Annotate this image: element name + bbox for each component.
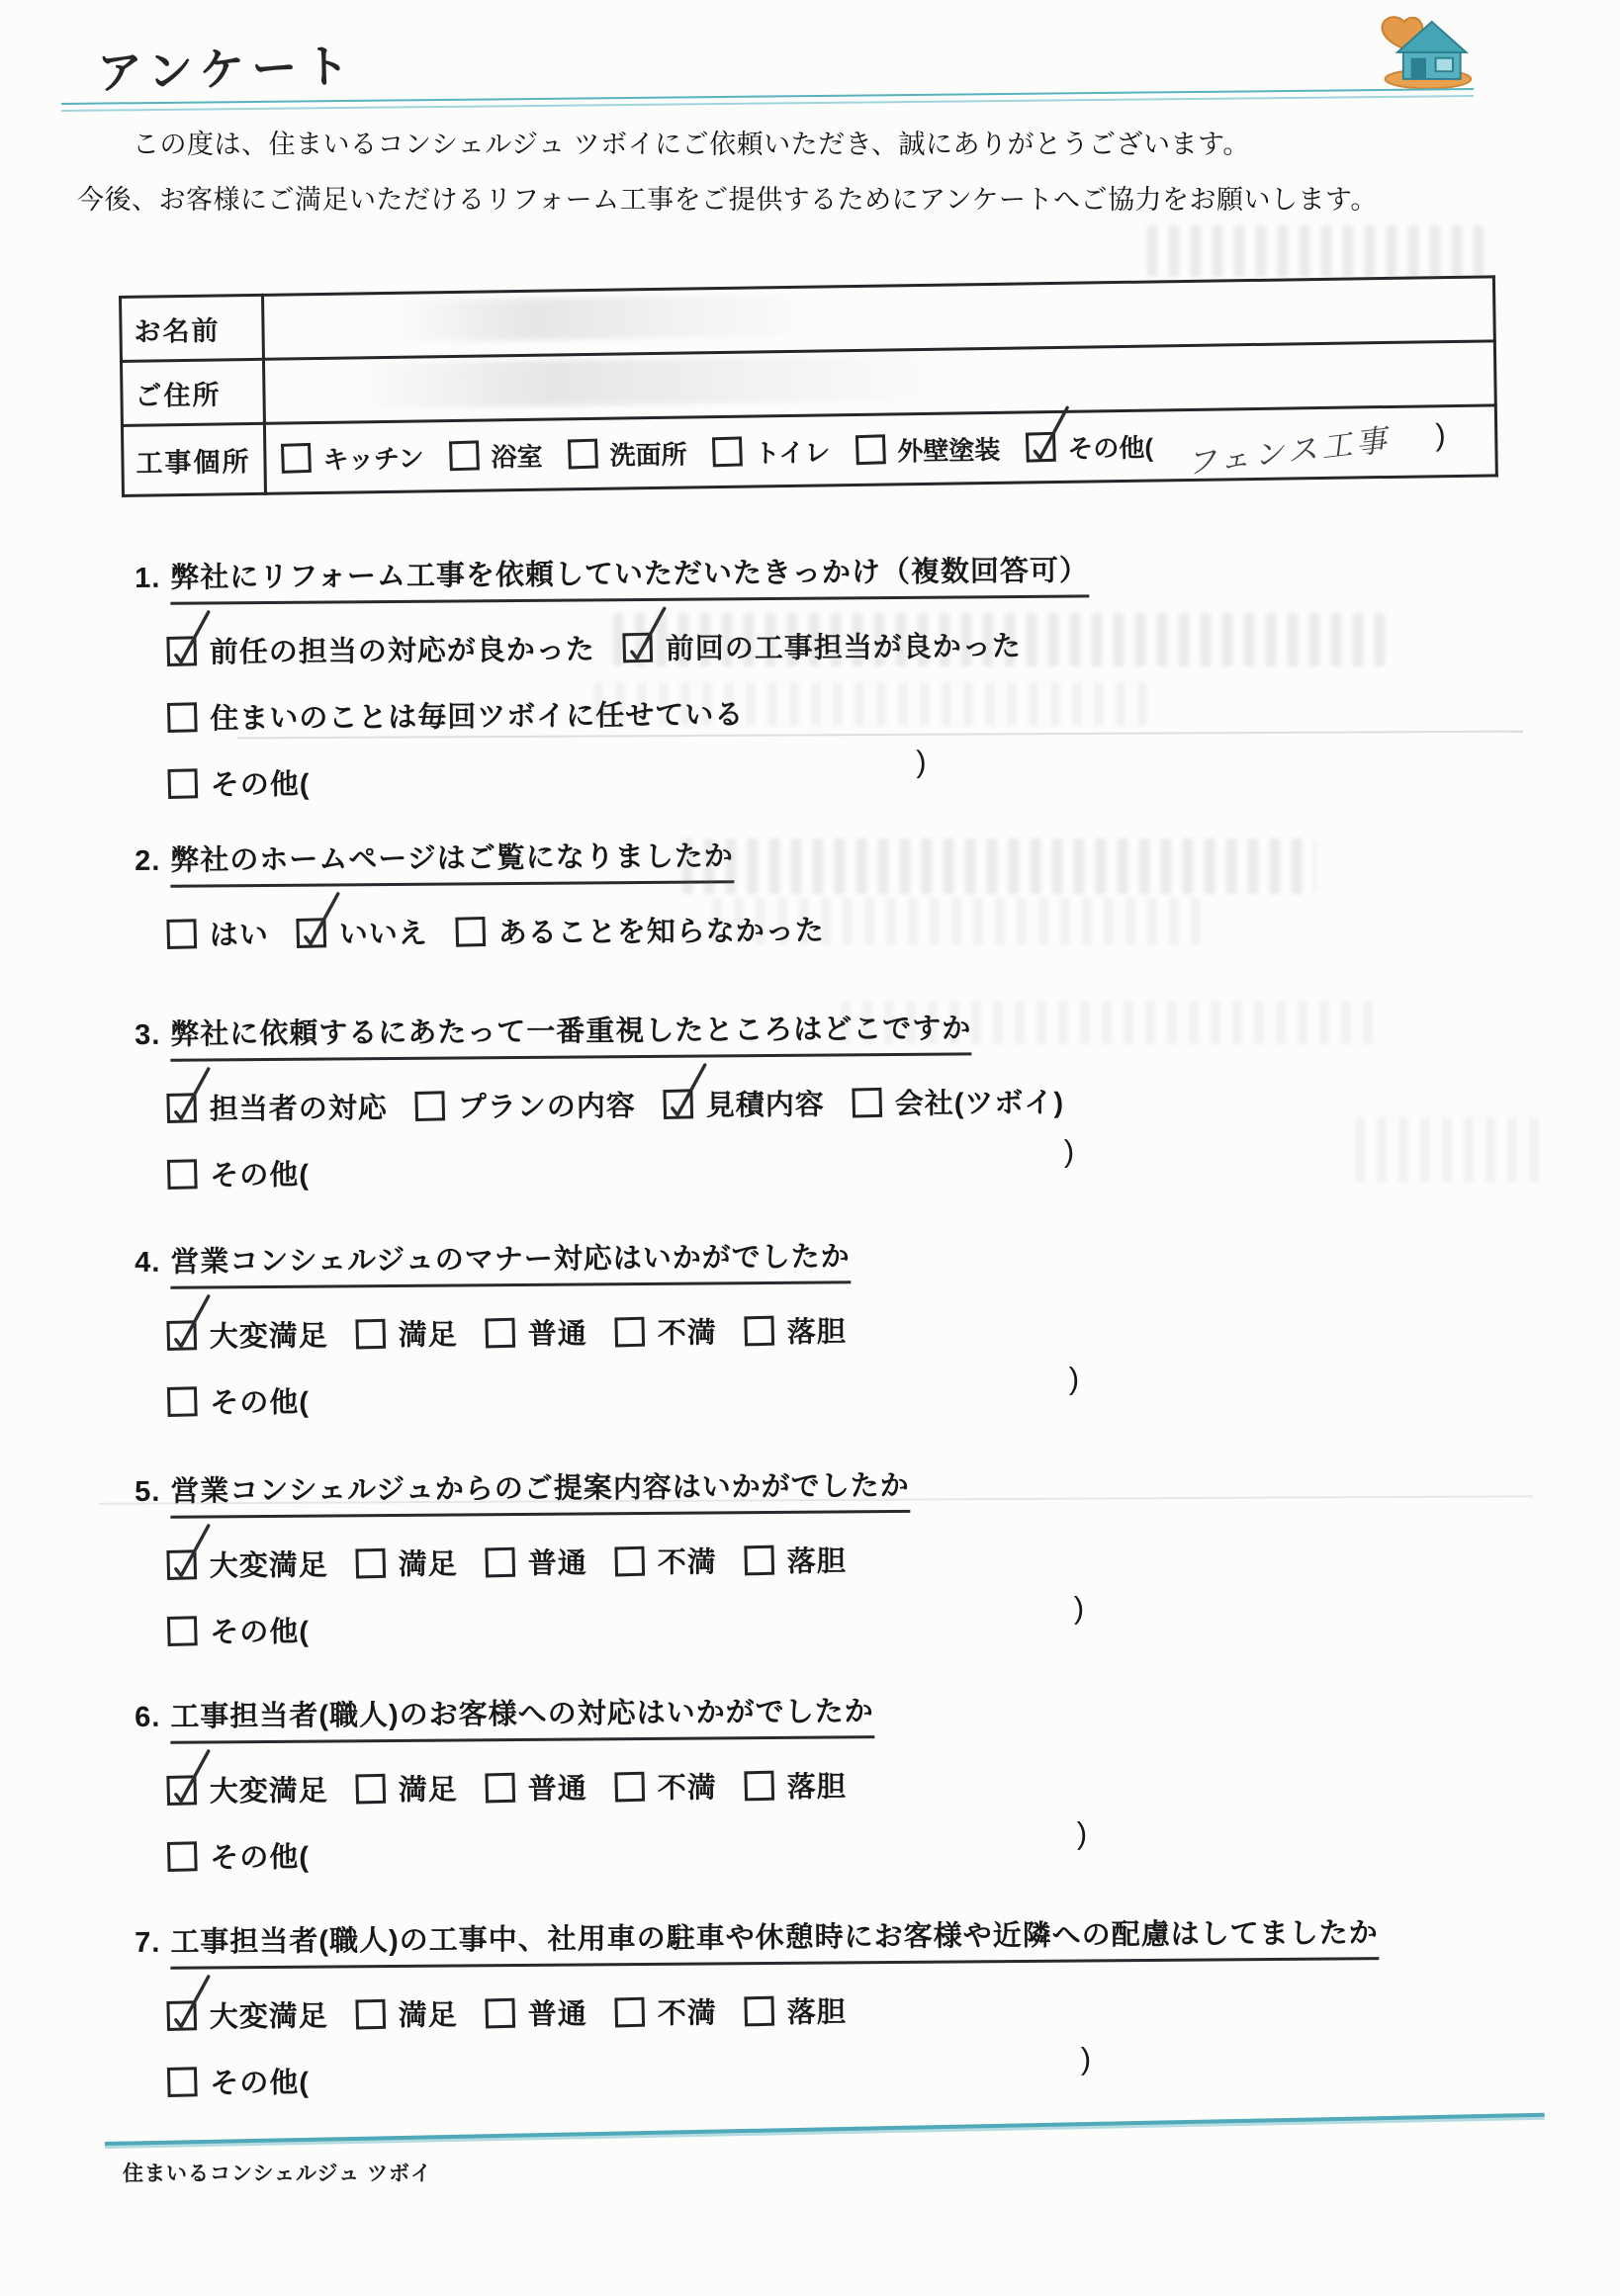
page-title: アンケート <box>96 30 357 102</box>
checkbox-empty-icon[interactable] <box>614 1316 645 1347</box>
checkbox-option[interactable]: 大変満足 <box>167 1768 328 1810</box>
checkbox-checked-icon[interactable] <box>166 1549 197 1580</box>
checkbox-option[interactable]: 浴室 <box>449 436 543 474</box>
option-label: その他( <box>210 1610 310 1651</box>
checkbox-option[interactable]: 満足 <box>356 1542 458 1583</box>
question-title: 弊社のホームページはご覧になりましたか <box>170 834 734 887</box>
checkbox-option[interactable]: 担当者の対応 <box>167 1086 388 1128</box>
redaction-smudge <box>354 355 948 409</box>
option-label: その他( <box>1067 427 1153 465</box>
close-paren: ) <box>1435 417 1446 453</box>
checkbox-empty-icon[interactable] <box>568 439 598 470</box>
checkbox-option[interactable]: その他( <box>167 1835 310 1877</box>
question-block: 7.工事担当者(職人)の工事中、社用車の駐車や休憩時にお客様や近隣への配慮はして… <box>135 1909 1560 2102</box>
option-label: 前任の担当の対応が良かった <box>210 627 595 670</box>
question-title-row: 6.工事担当者(職人)のお客様への対応はいかがでしたか <box>135 1684 1559 1744</box>
option-label: 不満 <box>658 1310 717 1351</box>
checkbox-option[interactable]: その他( <box>167 1153 310 1194</box>
intro-paragraph: この度は、住まいるコンシェルジュ ツボイにご依頼いただき、誠にありがとうございま… <box>77 127 1595 218</box>
handwritten-other-value: フェンス工事 <box>1183 414 1392 483</box>
checkbox-empty-icon[interactable] <box>281 443 312 474</box>
checkbox-option[interactable]: その他( <box>167 1380 310 1422</box>
checkbox-option[interactable]: プランの内容 <box>415 1084 636 1126</box>
checkbox-checked-icon[interactable] <box>166 1093 197 1123</box>
checkbox-option[interactable]: 会社(ツボイ) <box>853 1081 1065 1123</box>
checkbox-option[interactable]: 満足 <box>356 1767 458 1809</box>
option-label: 不満 <box>658 1990 717 2031</box>
question-number: 2. <box>135 845 160 878</box>
checkbox-option[interactable]: その他( <box>167 1610 310 1651</box>
checkbox-option[interactable]: 不満 <box>615 1310 717 1352</box>
spacer <box>1390 441 1435 443</box>
option-row: その他() <box>167 1143 1560 1194</box>
option-row: 担当者の対応プランの内容見積内容会社(ツボイ) <box>167 1077 1560 1128</box>
checkbox-empty-icon[interactable] <box>449 440 480 471</box>
checkbox-empty-icon[interactable] <box>485 1317 515 1348</box>
option-label: その他( <box>210 1153 310 1194</box>
checkbox-option[interactable]: その他( <box>167 2061 310 2102</box>
checkbox-option[interactable]: 落胆 <box>745 1764 847 1806</box>
checkbox-empty-icon[interactable] <box>167 768 198 799</box>
option-label: その他( <box>211 762 311 804</box>
redaction-smudge <box>393 295 819 342</box>
checkbox-option[interactable]: はい <box>167 913 269 954</box>
house-mascot-logo-icon <box>1373 10 1478 91</box>
checkbox-option[interactable]: 普通 <box>486 1766 587 1808</box>
option-label: 洗面所 <box>609 434 687 472</box>
checkbox-empty-icon[interactable] <box>355 1998 386 2029</box>
checkbox-empty-icon[interactable] <box>485 1772 515 1803</box>
option-label: プランの内容 <box>458 1084 636 1125</box>
spacer <box>337 1624 1074 1631</box>
checkbox-empty-icon[interactable] <box>166 919 197 949</box>
checkbox-option[interactable]: 大変満足 <box>167 1993 328 2035</box>
scan-smudge <box>1355 1117 1543 1183</box>
footer-divider <box>105 2113 1545 2146</box>
option-label: 落胆 <box>787 1989 847 2030</box>
checkbox-option[interactable]: 不満 <box>615 1765 717 1807</box>
checkbox-option[interactable]: 不満 <box>615 1990 717 2032</box>
checkbox-empty-icon[interactable] <box>355 1773 386 1804</box>
option-label: 満足 <box>399 1992 458 2033</box>
scan-smudge <box>712 898 1207 945</box>
option-label: 落胆 <box>787 1309 847 1350</box>
question-number: 7. <box>135 1927 160 1960</box>
question-title: 営業コンシェルジュからのご提案内容はいかがでしたか <box>170 1463 910 1519</box>
checkbox-option[interactable]: 大変満足 <box>167 1543 328 1584</box>
scan-smudge <box>682 839 1315 894</box>
option-label: 担当者の対応 <box>210 1086 388 1127</box>
checkbox-empty-icon[interactable] <box>485 1546 515 1577</box>
checkbox-empty-icon[interactable] <box>414 1091 445 1121</box>
close-paren: ) <box>1069 1361 1081 1396</box>
checkbox-option[interactable]: 見積内容 <box>664 1083 825 1124</box>
option-label: 不満 <box>658 1765 717 1806</box>
option-label: 会社(ツボイ) <box>895 1081 1065 1122</box>
scan-smudge <box>1147 225 1484 277</box>
option-label: 満足 <box>399 1312 458 1353</box>
checkbox-empty-icon[interactable] <box>355 1547 386 1578</box>
question-number: 6. <box>135 1702 160 1734</box>
option-label: 大変満足 <box>210 1993 328 2035</box>
close-paren: ) <box>1081 2041 1093 2076</box>
question-title-row: 4.営業コンシェルジュのマナー対応はいかがでしたか <box>135 1229 1559 1289</box>
option-label: 見積内容 <box>706 1083 825 1124</box>
checkbox-checked-icon[interactable] <box>296 918 326 948</box>
scan-smudge <box>613 613 1385 666</box>
checkbox-empty-icon[interactable] <box>485 1997 515 2028</box>
question-title: 工事担当者(職人)のお客様への対応はいかがでしたか <box>170 1689 874 1744</box>
option-label: 大変満足 <box>210 1313 328 1355</box>
question-title-row: 1.弊社にリフォーム工事を依頼していただいたきっかけ（複数回答可） <box>135 545 1559 605</box>
checkbox-empty-icon[interactable] <box>167 702 198 733</box>
option-label: はい <box>210 913 269 953</box>
checkbox-empty-icon[interactable] <box>852 1087 882 1117</box>
option-label: その他( <box>210 1380 310 1422</box>
checkbox-empty-icon[interactable] <box>744 1770 774 1801</box>
question-block: 1.弊社にリフォーム工事を依頼していただいたきっかけ（複数回答可）前任の担当の対… <box>135 545 1561 804</box>
checkbox-option[interactable]: 洗面所 <box>568 434 687 473</box>
option-row: 大変満足満足普通不満落胆 <box>167 1304 1560 1356</box>
option-label: 大変満足 <box>210 1543 328 1584</box>
option-row: その他() <box>167 2051 1560 2102</box>
option-row: 大変満足満足普通不満落胆 <box>167 1759 1560 1810</box>
close-paren: ) <box>1077 1815 1089 1851</box>
checkbox-empty-icon[interactable] <box>744 1315 774 1346</box>
spacer <box>337 777 916 783</box>
checkbox-option[interactable]: 落胆 <box>745 1309 847 1351</box>
checkbox-option[interactable]: 普通 <box>486 1541 587 1582</box>
footer-company-name: 住まいるコンシェルジュ ツボイ <box>123 2158 432 2187</box>
checkbox-checked-icon[interactable] <box>166 1775 197 1806</box>
question-block: 4.営業コンシェルジュのマナー対応はいかがでしたか大変満足満足普通不満落胆その他… <box>135 1229 1560 1422</box>
checkbox-empty-icon[interactable] <box>744 1995 774 2026</box>
question-number: 3. <box>135 1019 160 1052</box>
checkbox-option[interactable]: その他( <box>168 762 311 804</box>
checkbox-empty-icon[interactable] <box>614 1996 645 2027</box>
checkbox-option[interactable]: 落胆 <box>745 1989 847 2031</box>
checkbox-option[interactable]: いいえ <box>297 912 428 953</box>
spacer <box>337 1167 1064 1174</box>
checkbox-option[interactable]: 外壁塗装 <box>855 429 1001 468</box>
checkbox-option[interactable]: 不満 <box>615 1540 717 1581</box>
checkbox-option[interactable]: 普通 <box>486 1311 587 1353</box>
option-label: いいえ <box>339 912 428 953</box>
option-label: トイレ <box>754 432 830 470</box>
survey-sheet: アンケート この度は、住まいるコンシェルジュ ツボイにご依頼いただき、誠にありが… <box>0 0 1620 2296</box>
close-paren: ) <box>916 744 928 779</box>
checkbox-option[interactable]: 普通 <box>486 1991 587 2033</box>
option-label: 落胆 <box>787 1764 847 1805</box>
option-row: 大変満足満足普通不満落胆 <box>167 1534 1560 1585</box>
question-title: 工事担当者(職人)の工事中、社用車の駐車や休憩時にお客様や近隣への配慮はしてまし… <box>170 1910 1379 1970</box>
question-number: 1. <box>135 563 160 595</box>
question-title: 弊社にリフォーム工事を依頼していただいたきっかけ（複数回答可） <box>170 548 1089 604</box>
option-label: 満足 <box>399 1542 458 1582</box>
question-block: 5.営業コンシェルジュからのご提案内容はいかがでしたか大変満足満足普通不満落胆そ… <box>135 1458 1560 1651</box>
checkbox-option[interactable]: 満足 <box>356 1992 458 2034</box>
close-paren: ) <box>1064 1133 1076 1169</box>
row-label-work-location: 工事個所 <box>122 423 265 495</box>
work-options: キッチン浴室洗面所トイレ外壁塗装その他(フェンス工事) <box>267 418 1494 481</box>
checkbox-empty-icon[interactable] <box>355 1318 386 1349</box>
question-title-row: 5.営業コンシェルジュからのご提案内容はいかがでしたか <box>135 1458 1559 1519</box>
checkbox-option[interactable]: キッチン <box>281 438 424 477</box>
option-row: その他() <box>168 752 1561 804</box>
question-number: 4. <box>135 1247 160 1280</box>
checkbox-empty-icon[interactable] <box>167 1841 198 1872</box>
row-label-address: ご住所 <box>121 359 264 425</box>
checkbox-option[interactable]: 大変満足 <box>167 1313 328 1355</box>
checkbox-option[interactable]: 満足 <box>356 1312 458 1354</box>
checkbox-option[interactable]: トイレ <box>712 432 830 471</box>
checkbox-empty-icon[interactable] <box>167 1386 198 1417</box>
checkbox-empty-icon[interactable] <box>167 2067 198 2097</box>
option-label: 外壁塗装 <box>897 429 1001 468</box>
spacer <box>337 1849 1077 1856</box>
scan-smudge <box>593 682 1147 726</box>
scan-smudge <box>841 1001 1375 1044</box>
checkbox-option[interactable]: 前任の担当の対応が良かった <box>167 627 595 670</box>
option-label: 普通 <box>528 1311 587 1352</box>
option-label: 大変満足 <box>210 1768 328 1810</box>
info-table: お名前 ご住所 工事個所 キッチン浴室洗面所トイレ外壁塗装その他(フェンス工事) <box>119 275 1498 497</box>
option-label: 浴室 <box>491 436 543 474</box>
checkbox-empty-icon[interactable] <box>167 1616 198 1646</box>
intro-line-1: この度は、住まいるコンシェルジュ ツボイにご依頼いただき、誠にありがとうございま… <box>77 127 1595 162</box>
option-label: 不満 <box>658 1540 717 1580</box>
question-title: 営業コンシェルジュのマナー対応はいかがでしたか <box>170 1234 851 1288</box>
option-label: その他( <box>210 2061 310 2102</box>
option-label: 満足 <box>399 1767 458 1808</box>
checkbox-checked-icon[interactable] <box>663 1089 693 1119</box>
close-paren: ) <box>1074 1590 1086 1626</box>
intro-line-2: 今後、お客様にご満足いただけるリフォーム工事をご提供するためにアンケートへご協力… <box>77 182 1595 218</box>
checkbox-empty-icon[interactable] <box>455 916 486 946</box>
option-label: キッチン <box>322 438 424 477</box>
checkbox-option[interactable]: その他( <box>1026 427 1153 466</box>
checkbox-empty-icon[interactable] <box>614 1545 645 1576</box>
option-label: 落胆 <box>787 1539 847 1579</box>
question-block: 6.工事担当者(職人)のお客様への対応はいかがでしたか大変満足満足普通不満落胆そ… <box>135 1684 1560 1877</box>
spacer <box>337 2074 1081 2080</box>
row-label-name: お名前 <box>121 295 264 361</box>
option-label: 普通 <box>528 1541 587 1581</box>
checkbox-checked-icon[interactable] <box>166 1320 197 1351</box>
option-label: 普通 <box>528 1766 587 1807</box>
checkbox-checked-icon[interactable] <box>1026 432 1056 463</box>
checkbox-empty-icon[interactable] <box>744 1545 774 1575</box>
spacer <box>337 1394 1069 1401</box>
option-row: その他() <box>167 1370 1560 1422</box>
question-title-row: 7.工事担当者(職人)の工事中、社用車の駐車や休憩時にお客様や近隣への配慮はして… <box>135 1909 1559 1970</box>
checkbox-empty-icon[interactable] <box>167 1159 198 1190</box>
checkbox-empty-icon[interactable] <box>614 1771 645 1802</box>
option-label: その他( <box>210 1835 310 1877</box>
option-row: その他() <box>167 1600 1560 1651</box>
option-row: その他() <box>167 1825 1560 1877</box>
checkbox-empty-icon[interactable] <box>855 434 886 465</box>
checkbox-option[interactable]: 落胆 <box>745 1539 847 1580</box>
checkbox-empty-icon[interactable] <box>712 436 743 467</box>
option-row: 大変満足満足普通不満落胆 <box>167 1985 1560 2036</box>
option-label: 普通 <box>528 1991 587 2032</box>
checkbox-checked-icon[interactable] <box>166 2000 197 2031</box>
checkbox-checked-icon[interactable] <box>166 636 197 666</box>
